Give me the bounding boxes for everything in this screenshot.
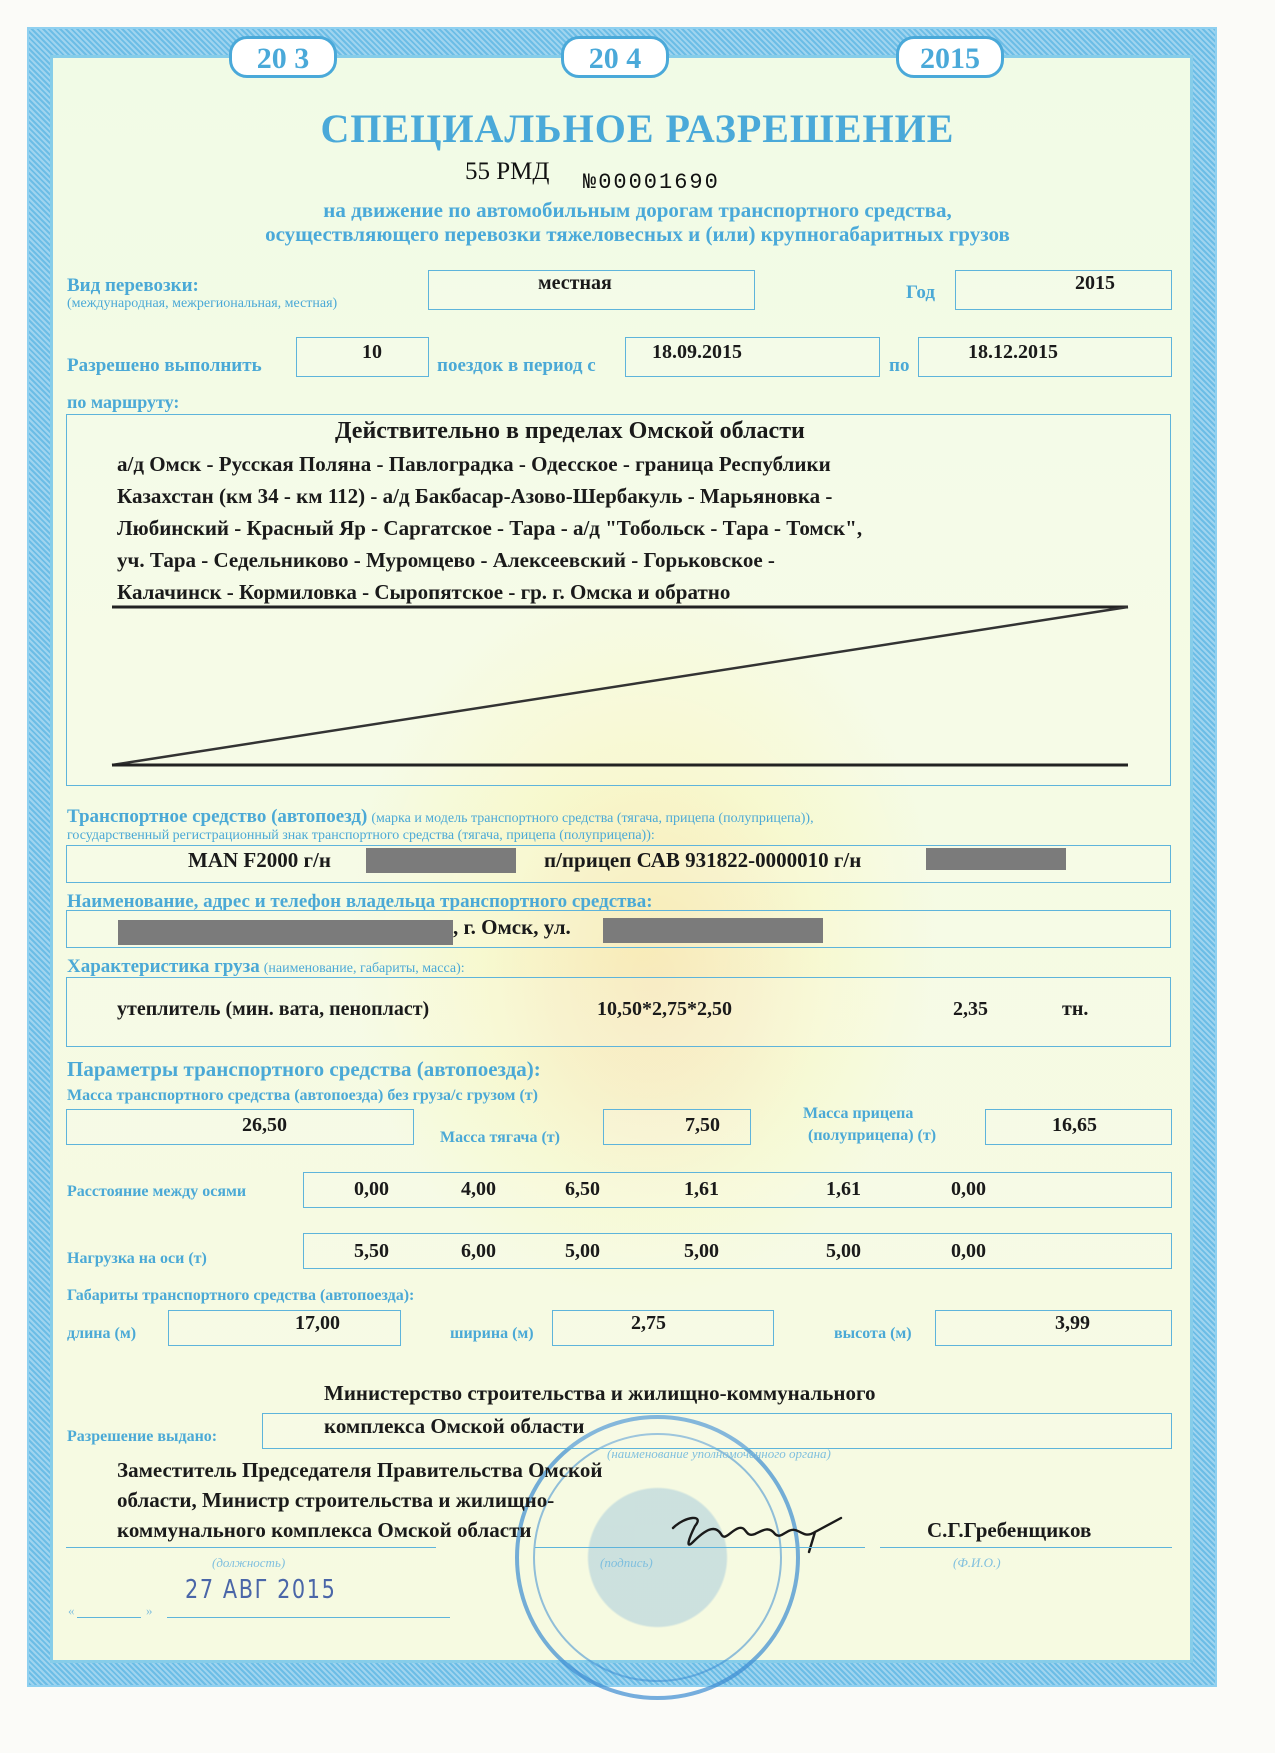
axle-distance-1: 0,00 — [354, 1178, 389, 1201]
signature-underline — [535, 1547, 865, 1548]
mass-field — [66, 1109, 414, 1145]
mass-value: 26,50 — [242, 1114, 287, 1137]
tractor-mass-label: Масса тягача (т) — [440, 1129, 560, 1147]
signature-caption: (подпись) — [600, 1555, 653, 1571]
trailer-mass-label-1: Масса прицепа — [803, 1105, 913, 1123]
axle-distance-3: 6,50 — [565, 1178, 600, 1201]
cargo-dimensions: 10,50*2,75*2,50 — [597, 998, 732, 1021]
date-stamp: 27 АВГ 2015 — [185, 1575, 336, 1605]
day-underline — [77, 1617, 141, 1618]
vehicle-label: Транспортное средство (автопоезд) — [67, 806, 367, 827]
axle-distance-field — [303, 1172, 1172, 1208]
axle-load-3: 5,00 — [565, 1240, 600, 1263]
redacted-tractor-plate — [366, 848, 516, 873]
axle-load-field — [303, 1233, 1172, 1269]
redacted-trailer-plate — [926, 848, 1066, 870]
name-caption: (Ф.И.О.) — [953, 1555, 1001, 1571]
issued-label: Разрешение выдано: — [67, 1428, 217, 1446]
axle-load-2: 6,00 — [461, 1240, 496, 1263]
axle-load-4: 5,00 — [684, 1240, 719, 1263]
tractor-model: MAN F2000 г/н — [188, 848, 331, 873]
axle-load-6: 0,00 — [951, 1240, 986, 1263]
axle-distance-label: Расстояние между осями — [67, 1183, 246, 1201]
axle-distance-2: 4,00 — [461, 1178, 496, 1201]
length-value: 17,00 — [295, 1312, 340, 1335]
axle-distance-6: 0,00 — [951, 1178, 986, 1201]
axle-load-label: Нагрузка на оси (т) — [67, 1250, 207, 1268]
vehicle-label-row: Транспортное средство (автопоезд) (марка… — [67, 806, 814, 828]
position-caption: (должность) — [212, 1555, 285, 1571]
cargo-name: утеплитель (мин. вата, пенопласт) — [117, 998, 429, 1021]
cargo-mass: 2,35 — [953, 998, 988, 1021]
issuer-org-line-1: Министерство строительства и жилищно-ком… — [324, 1381, 875, 1406]
trailer-mass-label-2: (полуприцепа) (т) — [808, 1127, 936, 1145]
height-field — [935, 1310, 1172, 1346]
width-value: 2,75 — [631, 1312, 666, 1335]
cargo-hint: (наименование, габариты, масса): — [264, 961, 465, 976]
length-field — [168, 1310, 401, 1346]
quote-open: « — [68, 1603, 75, 1619]
vehicle-hint-2: государственный регистрационный знак тра… — [67, 828, 655, 844]
cargo-unit: тн. — [1062, 998, 1088, 1021]
mass-label: Масса транспортного средства (автопоезда… — [67, 1087, 538, 1105]
axle-load-5: 5,00 — [826, 1240, 861, 1263]
height-value: 3,99 — [1055, 1312, 1090, 1335]
cargo-label-row: Характеристика груза (наименование, габа… — [67, 956, 465, 978]
position-line-1: Заместитель Председателя Правительства О… — [117, 1458, 602, 1483]
signer-name: С.Г.Гребенщиков — [927, 1518, 1091, 1543]
issuer-org-line-2: комплекса Омской области — [324, 1414, 584, 1439]
tractor-mass-field — [603, 1109, 751, 1145]
params-heading: Параметры транспортного средства (автопо… — [67, 1057, 541, 1082]
redacted-owner-name — [118, 920, 453, 945]
dims-heading: Габариты транспортного средства (автопое… — [67, 1287, 414, 1305]
issuer-org-caption: (наименование уполномоченного органа) — [607, 1446, 831, 1462]
signature-icon — [665, 1508, 855, 1558]
vehicle-hint-1: (марка и модель транспортного средства (… — [371, 811, 813, 826]
position-line-2: области, Министр строительства и жилищно… — [117, 1488, 554, 1513]
month-year-underline — [167, 1617, 450, 1618]
trailer-model: п/прицеп САВ 931822-0000010 г/н — [544, 848, 861, 873]
redacted-owner-street — [603, 918, 823, 943]
length-label: длина (м) — [67, 1325, 136, 1343]
position-line-3: коммунального комплекса Омской области — [117, 1518, 532, 1543]
axle-distance-4: 1,61 — [684, 1178, 719, 1201]
name-underline — [880, 1547, 1172, 1548]
tractor-mass-value: 7,50 — [685, 1114, 720, 1137]
axle-distance-5: 1,61 — [826, 1178, 861, 1201]
axle-load-1: 5,50 — [354, 1240, 389, 1263]
height-label: высота (м) — [834, 1325, 912, 1343]
position-underline — [66, 1547, 436, 1548]
quote-close: » — [146, 1603, 153, 1619]
cargo-label: Характеристика груза — [67, 956, 260, 977]
width-label: ширина (м) — [450, 1325, 534, 1343]
trailer-mass-value: 16,65 — [1052, 1114, 1097, 1137]
owner-city: , г. Омск, ул. — [453, 915, 571, 940]
